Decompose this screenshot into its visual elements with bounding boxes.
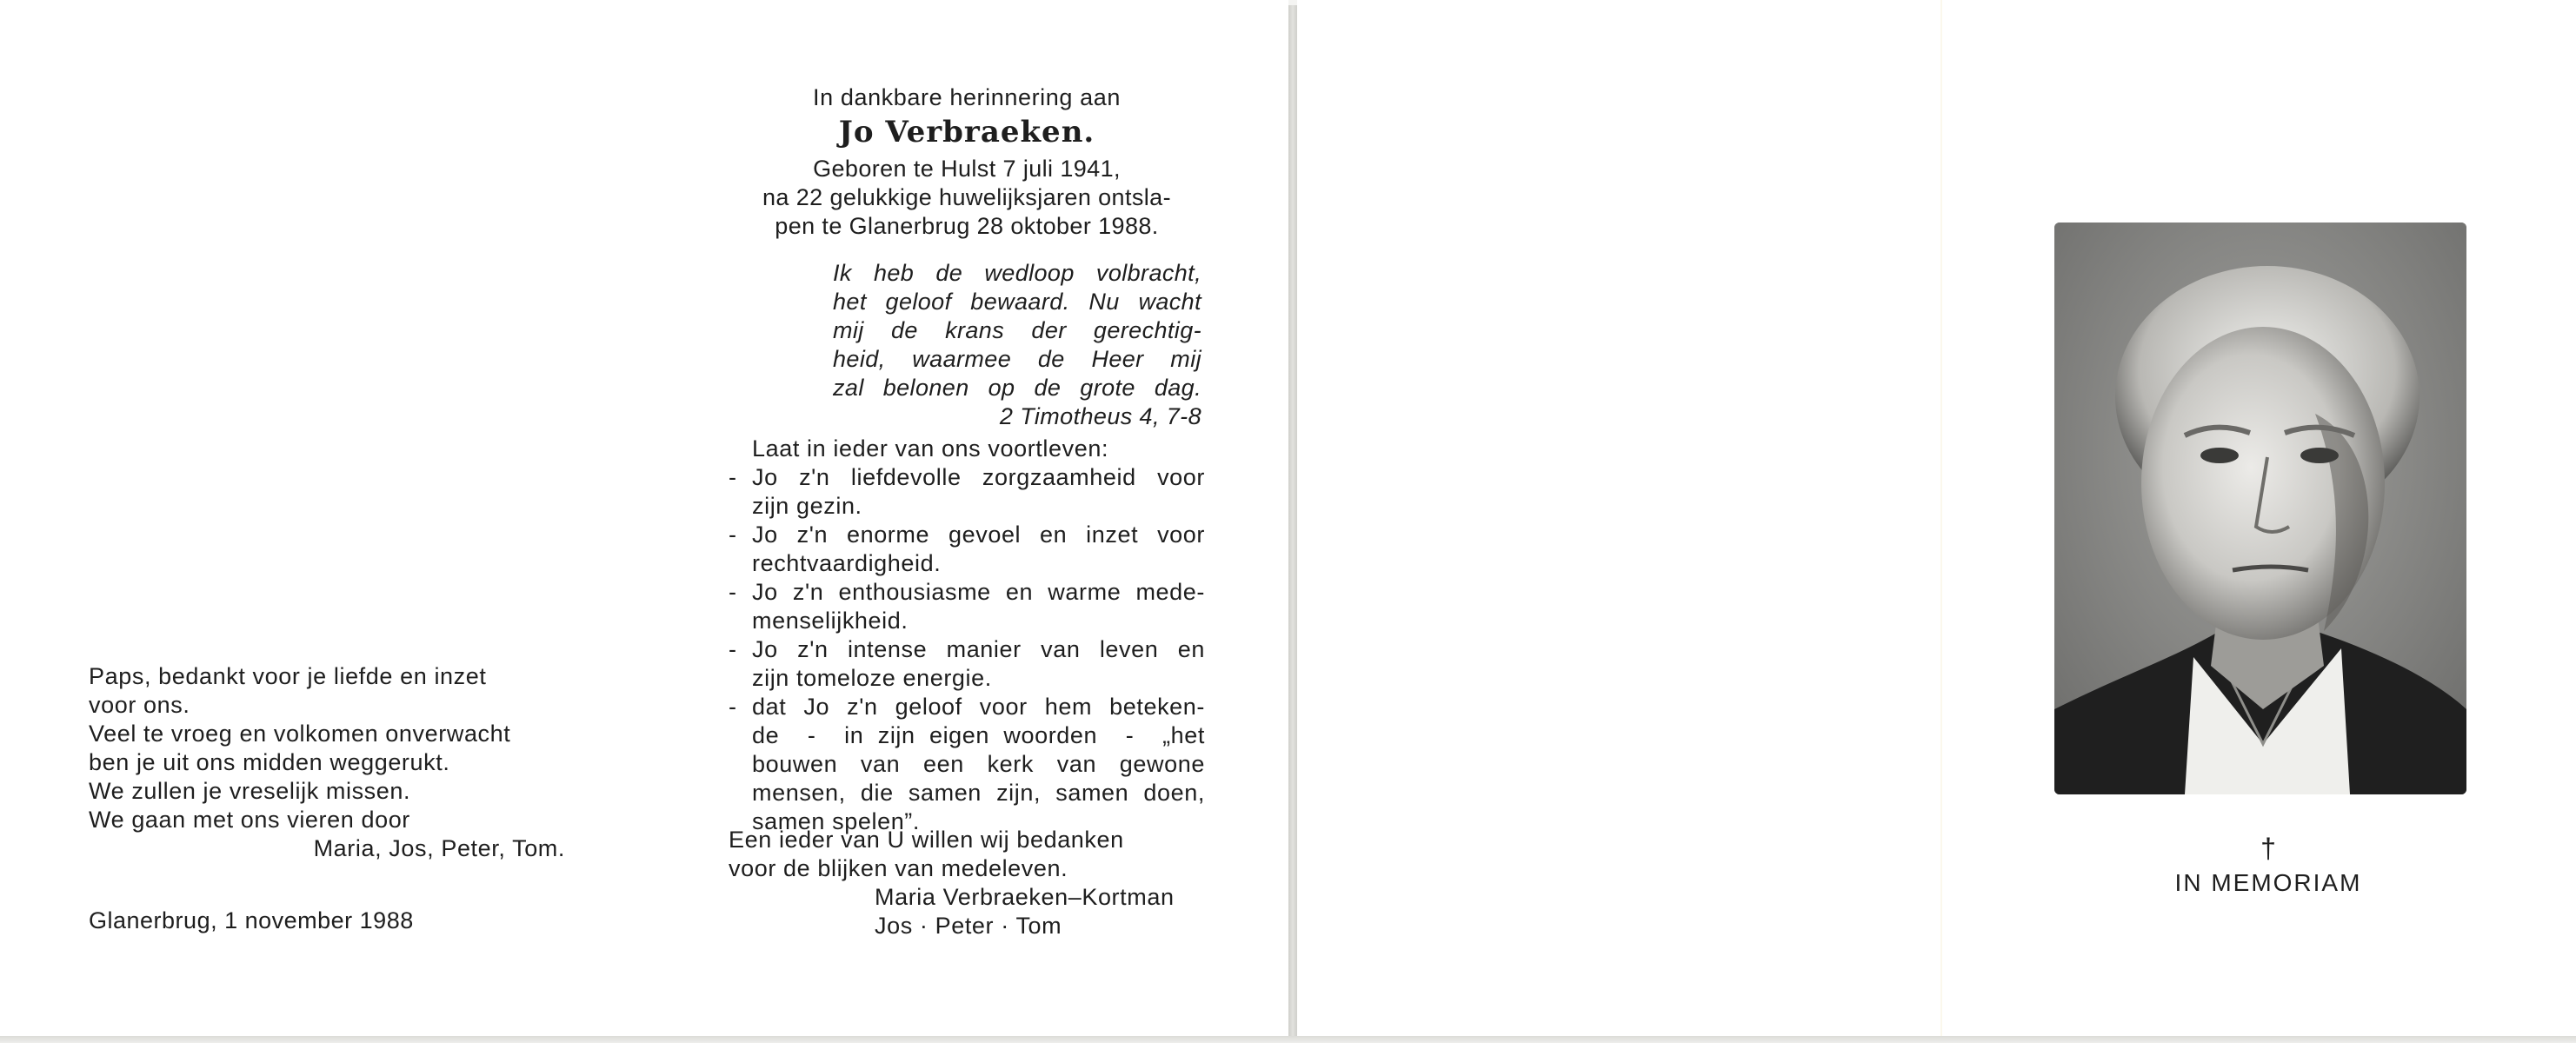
signature-widow: Maria Verbraeken–Kortman: [729, 883, 1205, 912]
memory-line: Jo z'n liefdevolle zorgzaamheid voor: [752, 463, 1205, 492]
memory-line: dat Jo z'n geloof voor hem beteken-: [752, 693, 1205, 721]
memory-line: Jo z'n enorme gevoel en inzet voor: [752, 521, 1205, 549]
bullet-dash: -: [729, 693, 737, 721]
scripture-line: heid, waarmee de Heer mij: [833, 345, 1201, 374]
portrait-illustration: [2054, 223, 2466, 794]
memory-line: zijn gezin.: [752, 492, 1205, 521]
thanks-line: voor de blijken van medeleven.: [729, 854, 1205, 883]
memory-item: -dat Jo z'n geloof voor hem beteken-de -…: [729, 693, 1205, 836]
farewell-message: Paps, bedankt voor je liefde en inzet vo…: [89, 662, 565, 863]
scripture-line: mij de krans der gerechtig-: [833, 316, 1201, 345]
place-date: Glanerbrug, 1 november 1988: [89, 907, 414, 935]
portrait-photo: [2054, 223, 2466, 794]
memory-item: -Jo z'n enthousiasme en warme mede-mense…: [729, 578, 1205, 635]
memory-line: bouwen van een kerk van gewone: [752, 750, 1205, 779]
farewell-line: Paps, bedankt voor je liefde en inzet: [89, 662, 565, 691]
memory-line: menselijkheid.: [752, 607, 1205, 635]
bullet-dash: -: [729, 521, 737, 549]
signature-children: Jos · Peter · Tom: [729, 912, 1205, 940]
memory-line: Jo z'n enthousiasme en warme mede-: [752, 578, 1205, 607]
memory-item: -Jo z'n intense manier van leven enzijn …: [729, 635, 1205, 693]
cross-icon: †: [2233, 831, 2303, 866]
memory-item: -Jo z'n liefdevolle zorgzaamheid voorzij…: [729, 463, 1205, 521]
scripture-reference: 2 Timotheus 4, 7-8: [833, 402, 1201, 431]
birth-death-line: pen te Glanerbrug 28 oktober 1988.: [729, 212, 1205, 241]
scripture-line: het geloof bewaard. Nu wacht: [833, 288, 1201, 316]
deceased-name: Jo Verbraeken.: [729, 113, 1205, 151]
fold-line: [1940, 0, 1942, 1036]
birth-death-line: na 22 gelukkige huwelijksjaren ontsla-: [729, 183, 1205, 212]
scripture-quote: Ik heb de wedloop volbracht, het geloof …: [833, 259, 1201, 431]
memory-line: mensen, die samen zijn, samen doen,: [752, 779, 1205, 807]
scripture-line: Ik heb de wedloop volbracht,: [833, 259, 1201, 288]
memory-line: de - in zijn eigen woorden - „het: [752, 721, 1205, 750]
thanks-line: Een ieder van U willen wij bedanken: [729, 826, 1205, 854]
intro-text: In dankbare herinnering aan: [729, 83, 1205, 112]
memory-item: -Jo z'n enorme gevoel en inzet voorrecht…: [729, 521, 1205, 578]
in-memoriam-caption: IN MEMORIAM: [2121, 867, 2415, 899]
memories-items: -Jo z'n liefdevolle zorgzaamheid voorzij…: [729, 463, 1205, 836]
memory-line: rechtvaardigheid.: [752, 549, 1205, 578]
scripture-line: zal belonen op de grote dag.: [833, 374, 1201, 402]
bullet-dash: -: [729, 635, 737, 664]
farewell-line: We zullen je vreselijk missen.: [89, 777, 565, 806]
bullet-dash: -: [729, 578, 737, 607]
thanks-message: Een ieder van U willen wij bedanken voor…: [729, 826, 1205, 940]
birth-death-line: Geboren te Hulst 7 juli 1941,: [729, 155, 1205, 183]
birth-death-details: Geboren te Hulst 7 juli 1941, na 22 gelu…: [729, 155, 1205, 241]
farewell-line: Veel te vroeg en volkomen onverwacht: [89, 720, 565, 748]
scan-bottom-edge: [0, 1036, 2576, 1043]
farewell-line: We gaan met ons vieren door: [89, 806, 565, 834]
bullet-dash: -: [729, 463, 737, 492]
intro-heading: In dankbare herinnering aan: [729, 83, 1205, 112]
farewell-signature: Maria, Jos, Peter, Tom.: [89, 834, 565, 863]
memories-heading: Laat in ieder van ons voortleven:: [729, 435, 1205, 463]
memories-list: Laat in ieder van ons voortleven: -Jo z'…: [729, 435, 1205, 836]
memory-line: zijn tomeloze energie.: [752, 664, 1205, 693]
memory-line: Jo z'n intense manier van leven en: [752, 635, 1205, 664]
farewell-line: ben je uit ons midden weggerukt.: [89, 748, 565, 777]
scan-gap: [1288, 5, 1297, 1040]
farewell-line: voor ons.: [89, 691, 565, 720]
